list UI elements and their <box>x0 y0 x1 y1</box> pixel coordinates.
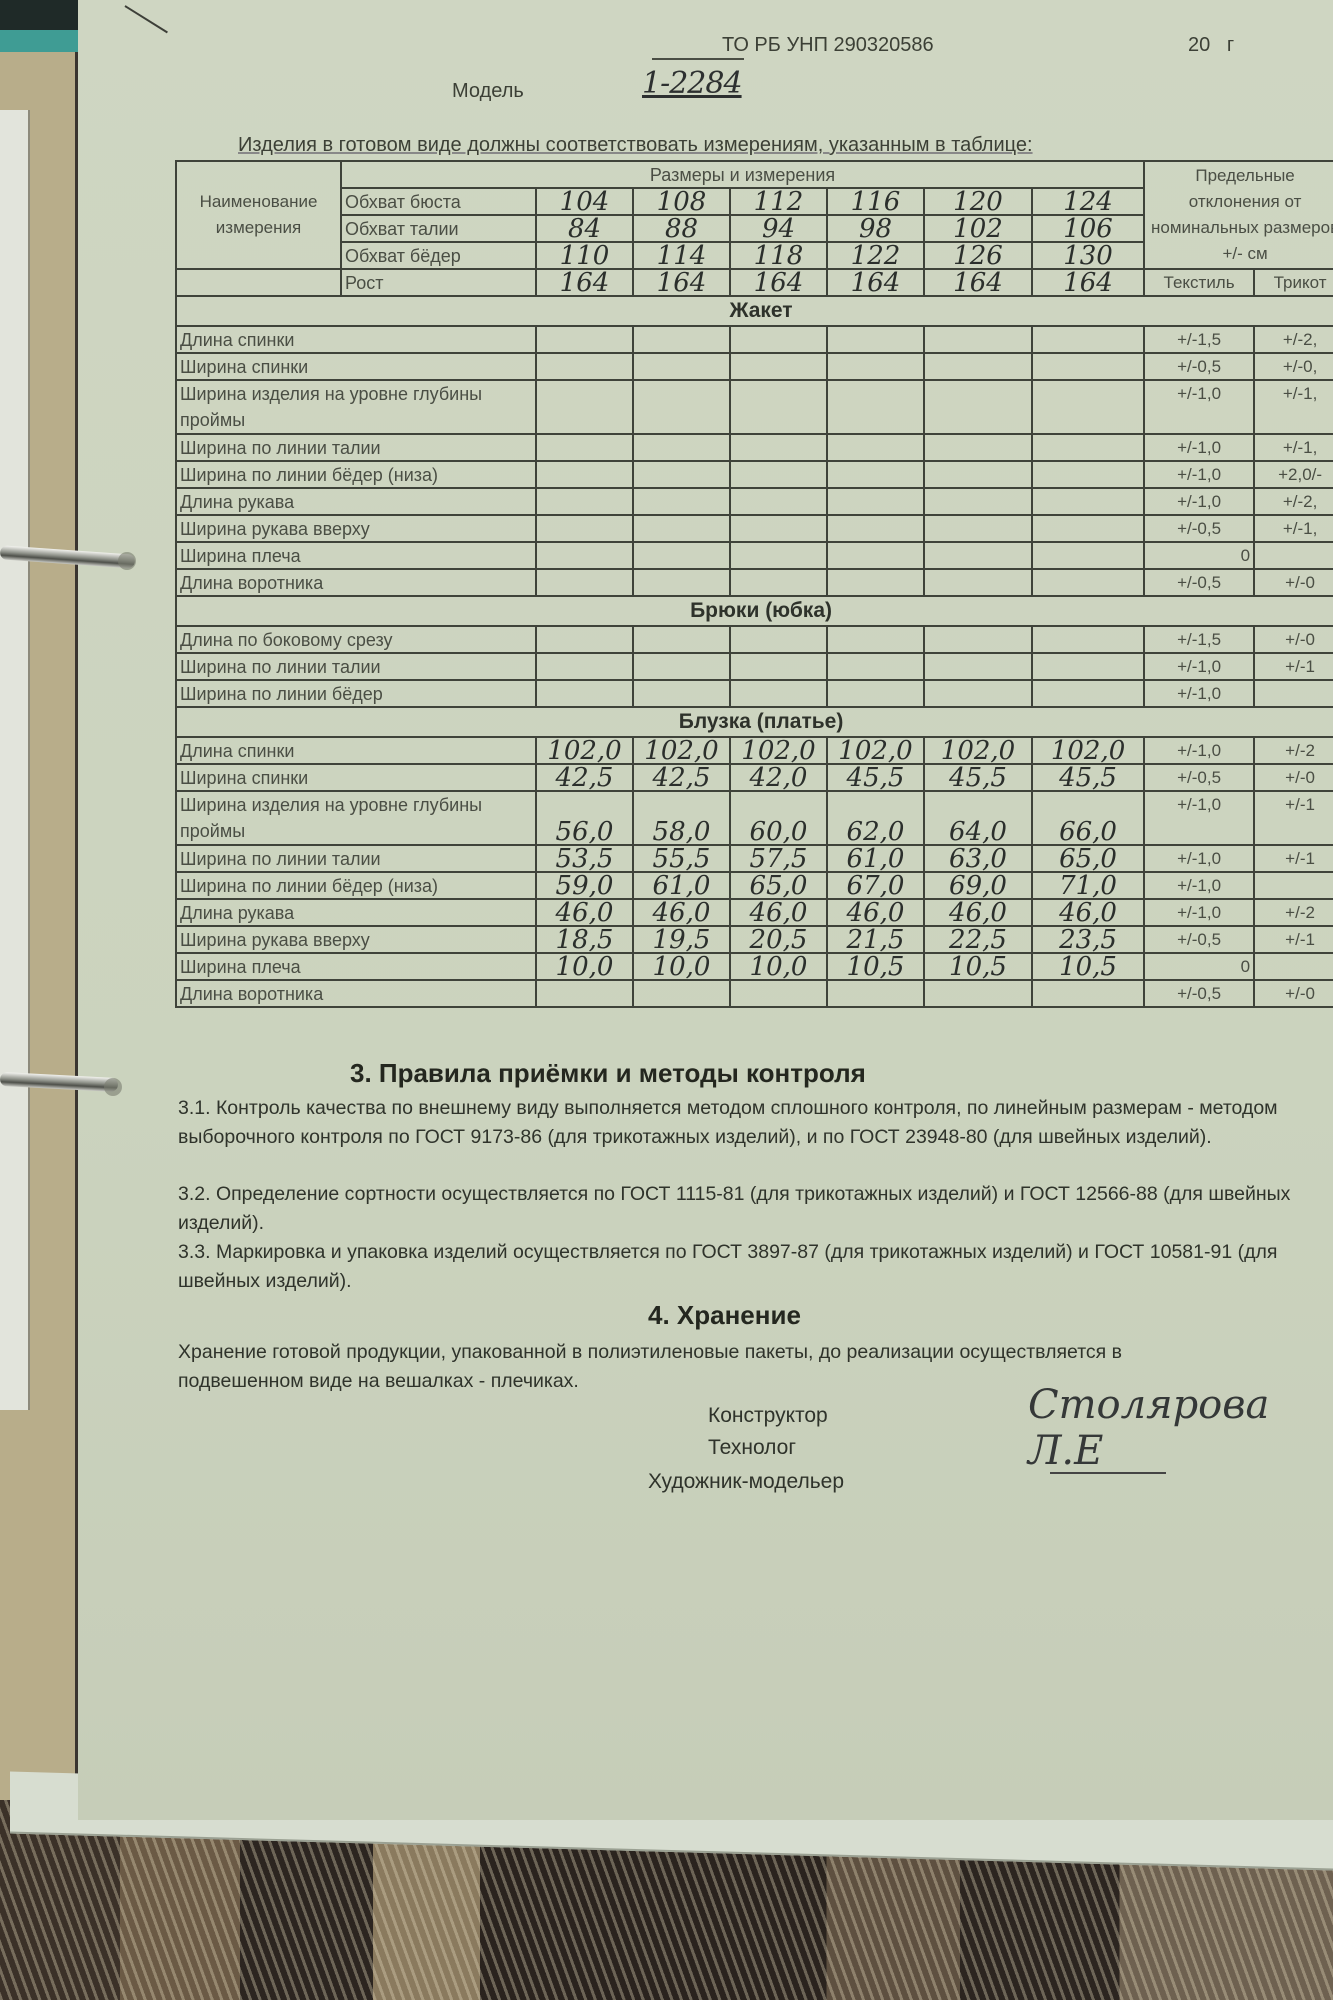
measurement-value <box>827 680 924 707</box>
measurement-value <box>536 461 633 488</box>
knit-tolerance: +/-1 <box>1254 791 1333 845</box>
measurement-value: 46,0 <box>827 899 924 926</box>
measurement-value <box>827 461 924 488</box>
measurement-value <box>1032 434 1144 461</box>
measurement-value <box>1032 461 1144 488</box>
measurement-row: Ширина спинки+/-0,5+/-0, <box>176 353 1333 380</box>
measurement-value <box>730 326 827 353</box>
measurement-value: 53,5 <box>536 845 633 872</box>
textile-tolerance: 0 <box>1144 953 1254 980</box>
size-value: 88 <box>633 215 730 242</box>
measurement-value <box>1032 515 1144 542</box>
size-value: 108 <box>633 188 730 215</box>
measurement-value <box>827 542 924 569</box>
measurement-value <box>1032 542 1144 569</box>
measurement-value: 45,5 <box>924 764 1032 791</box>
measurement-row: Длина воротника+/-0,5+/-0 <box>176 569 1333 596</box>
measurement-value <box>633 380 730 434</box>
measurement-row: Ширина изделия на уровне глубины проймы5… <box>176 791 1333 845</box>
measurement-value <box>633 515 730 542</box>
section3-paragraph-3: 3.3. Маркировка и упаковка изделий осуще… <box>178 1238 1298 1295</box>
measurement-value: 59,0 <box>536 872 633 899</box>
measurement-value <box>633 488 730 515</box>
measurement-row: Длина по боковому срезу+/-1,5+/-0 <box>176 626 1333 653</box>
knit-tolerance: +/-1 <box>1254 845 1333 872</box>
measurement-value <box>633 326 730 353</box>
textile-tolerance: +/-1,0 <box>1144 680 1254 707</box>
measurement-value: 63,0 <box>924 845 1032 872</box>
measurement-value: 60,0 <box>730 791 827 845</box>
size-row-label: Обхват бюста <box>341 188 536 215</box>
name-header: Наименование измерения <box>176 161 341 269</box>
measurement-value: 102,0 <box>730 737 827 764</box>
measurement-label: Ширина плеча <box>176 542 536 569</box>
measurement-value <box>730 569 827 596</box>
background-dark <box>0 0 80 30</box>
size-value: 164 <box>924 269 1032 296</box>
measurement-table: Наименование измеренияРазмеры и измерени… <box>175 160 1333 1008</box>
size-value: 94 <box>730 215 827 242</box>
underlying-sheet <box>0 110 30 1410</box>
size-row-label: Обхват бёдер <box>341 242 536 269</box>
measurement-label: Ширина по линии бёдер (низа) <box>176 872 536 899</box>
textile-tolerance: +/-1,0 <box>1144 791 1254 845</box>
textile-tolerance: +/-1,0 <box>1144 845 1254 872</box>
measurement-value: 58,0 <box>633 791 730 845</box>
measurement-row: Ширина рукава вверху+/-0,5+/-1, <box>176 515 1333 542</box>
knit-tolerance: +/-0 <box>1254 626 1333 653</box>
table-intro: Изделия в готовом виде должны соответств… <box>238 134 1033 157</box>
measurement-row: Длина воротника+/-0,5+/-0 <box>176 980 1333 1007</box>
measurement-value <box>1032 380 1144 434</box>
knit-tolerance: +/-0 <box>1254 569 1333 596</box>
measurement-value: 69,0 <box>924 872 1032 899</box>
measurement-value <box>827 626 924 653</box>
knit-tolerance: +/-1 <box>1254 926 1333 953</box>
measurement-value <box>730 461 827 488</box>
measurement-label: Ширина по линии талии <box>176 653 536 680</box>
measurement-value <box>536 488 633 515</box>
measurement-value <box>730 542 827 569</box>
measurement-value <box>633 626 730 653</box>
measurement-label: Ширина рукава вверху <box>176 926 536 953</box>
section-row: Блузка (платье) <box>176 707 1333 737</box>
measurement-value <box>827 488 924 515</box>
measurement-value: 42,5 <box>633 764 730 791</box>
measurement-value <box>536 326 633 353</box>
measurement-value: 67,0 <box>827 872 924 899</box>
size-value: 124 <box>1032 188 1144 215</box>
measurement-value <box>730 515 827 542</box>
measurement-label: Ширина плеча <box>176 953 536 980</box>
knit-tolerance: +/-1, <box>1254 515 1333 542</box>
size-value: 84 <box>536 215 633 242</box>
knit-tolerance: +/-2 <box>1254 737 1333 764</box>
measurement-value: 65,0 <box>730 872 827 899</box>
knit-tolerance <box>1254 680 1333 707</box>
textile-tolerance: +/-0,5 <box>1144 353 1254 380</box>
measurement-value <box>633 680 730 707</box>
measurement-label: Ширина по линии талии <box>176 845 536 872</box>
measurement-value: 42,5 <box>536 764 633 791</box>
knit-tolerance <box>1254 542 1333 569</box>
measurement-label: Ширина рукава вверху <box>176 515 536 542</box>
measurement-value <box>730 980 827 1007</box>
deviation-header: Предельные отклонения от номинальных раз… <box>1144 161 1333 269</box>
measurement-value <box>827 380 924 434</box>
section-title: Блузка (платье) <box>176 707 1333 737</box>
measurement-value <box>536 542 633 569</box>
measurement-value <box>730 626 827 653</box>
measurement-value <box>1032 569 1144 596</box>
measurement-value: 45,5 <box>1032 764 1144 791</box>
textile-tolerance: +/-1,0 <box>1144 434 1254 461</box>
measurement-value <box>536 980 633 1007</box>
measurement-value <box>1032 488 1144 515</box>
measurement-value <box>1032 626 1144 653</box>
measurement-value: 46,0 <box>536 899 633 926</box>
measurement-row: Ширина плеча10,010,010,010,510,510,50 <box>176 953 1333 980</box>
measurement-value <box>924 680 1032 707</box>
measurement-label: Длина воротника <box>176 569 536 596</box>
measurement-value: 10,0 <box>633 953 730 980</box>
section4-title: 4. Хранение <box>648 1300 801 1331</box>
textile-tolerance: +/-0,5 <box>1144 515 1254 542</box>
measurement-value: 56,0 <box>536 791 633 845</box>
knit-header: Трикот <box>1254 269 1333 296</box>
measurement-value <box>924 353 1032 380</box>
measurement-label: Длина воротника <box>176 980 536 1007</box>
measurement-label: Длина спинки <box>176 326 536 353</box>
measurement-row: Ширина по линии талии53,555,557,561,063,… <box>176 845 1333 872</box>
size-value: 104 <box>536 188 633 215</box>
measurement-value <box>924 515 1032 542</box>
size-row: Рост164164164164164164ТекстильТрикот <box>176 269 1333 296</box>
measurement-value <box>924 542 1032 569</box>
measurement-value <box>633 353 730 380</box>
section3-title: 3. Правила приёмки и методы контроля <box>350 1058 866 1089</box>
measurement-row: Ширина по линии бёдер+/-1,0 <box>176 680 1333 707</box>
measurement-value: 102,0 <box>827 737 924 764</box>
knit-tolerance: +/-1 <box>1254 653 1333 680</box>
measurement-value <box>633 434 730 461</box>
size-value: 164 <box>827 269 924 296</box>
measurement-value <box>536 626 633 653</box>
measurement-value: 102,0 <box>924 737 1032 764</box>
size-value: 116 <box>827 188 924 215</box>
measurement-value <box>827 434 924 461</box>
size-value: 98 <box>827 215 924 242</box>
textile-tolerance: +/-0,5 <box>1144 569 1254 596</box>
measurement-value: 55,5 <box>633 845 730 872</box>
section-row: Брюки (юбка) <box>176 596 1333 626</box>
section-row: Жакет <box>176 296 1333 326</box>
size-value: 102 <box>924 215 1032 242</box>
measurement-value <box>1032 326 1144 353</box>
knit-tolerance: +/-2, <box>1254 488 1333 515</box>
measurement-row: Ширина изделия на уровне глубины проймы+… <box>176 380 1333 434</box>
measurement-value <box>827 569 924 596</box>
size-value: 106 <box>1032 215 1144 242</box>
textile-tolerance: +/-1,5 <box>1144 626 1254 653</box>
size-value: 118 <box>730 242 827 269</box>
table-header-row: Наименование измеренияРазмеры и измерени… <box>176 161 1333 188</box>
year-label: 20 г <box>1188 34 1234 57</box>
knit-tolerance: +/-1, <box>1254 380 1333 434</box>
measurement-value: 46,0 <box>633 899 730 926</box>
measurement-value: 23,5 <box>1032 926 1144 953</box>
role-designer: Художник-модельер <box>648 1470 844 1494</box>
measurement-label: Ширина по линии бёдер (низа) <box>176 461 536 488</box>
measurement-value <box>536 353 633 380</box>
measurement-label: Ширина спинки <box>176 353 536 380</box>
section3-paragraph-2: 3.2. Определение сортности осуществляетс… <box>178 1180 1298 1237</box>
knit-tolerance: +/-2 <box>1254 899 1333 926</box>
measurement-row: Ширина по линии талии+/-1,0+/-1, <box>176 434 1333 461</box>
size-value: 120 <box>924 188 1032 215</box>
measurement-label: Ширина изделия на уровне глубины проймы <box>176 791 536 845</box>
measurement-value: 18,5 <box>536 926 633 953</box>
measurement-row: Ширина плеча0 <box>176 542 1333 569</box>
measurement-value <box>924 461 1032 488</box>
measurement-value <box>827 653 924 680</box>
measurement-value <box>730 488 827 515</box>
measurement-row: Ширина по линии бёдер (низа)59,061,065,0… <box>176 872 1333 899</box>
textile-tolerance: +/-0,5 <box>1144 764 1254 791</box>
measurement-value <box>633 461 730 488</box>
measurement-value <box>536 515 633 542</box>
measurement-value <box>536 434 633 461</box>
measurement-value: 61,0 <box>633 872 730 899</box>
measurement-value: 10,0 <box>536 953 633 980</box>
section3-paragraph-1: 3.1. Контроль качества по внешнему виду … <box>178 1094 1298 1151</box>
measurement-value: 20,5 <box>730 926 827 953</box>
measurement-value: 46,0 <box>924 899 1032 926</box>
measurement-value <box>633 980 730 1007</box>
measurement-value <box>827 515 924 542</box>
measurement-row: Длина рукава+/-1,0+/-2, <box>176 488 1333 515</box>
measurement-value: 64,0 <box>924 791 1032 845</box>
textile-tolerance: +/-1,0 <box>1144 380 1254 434</box>
size-row-label: Обхват талии <box>341 215 536 242</box>
textile-tolerance: 0 <box>1144 542 1254 569</box>
punch-hole <box>118 552 136 570</box>
model-label: Модель <box>452 80 524 103</box>
measurement-row: Ширина по линии талии+/-1,0+/-1 <box>176 653 1333 680</box>
measurement-label: Длина по боковому срезу <box>176 626 536 653</box>
size-value: 164 <box>730 269 827 296</box>
measurement-value <box>1032 980 1144 1007</box>
technologist-signature-line <box>1050 1472 1166 1474</box>
knit-tolerance: +/-0 <box>1254 764 1333 791</box>
measurement-value: 10,5 <box>827 953 924 980</box>
size-value: 126 <box>924 242 1032 269</box>
measurement-value <box>633 569 730 596</box>
measurement-label: Длина рукава <box>176 488 536 515</box>
measurement-value <box>827 326 924 353</box>
measurement-value <box>633 542 730 569</box>
measurement-value <box>827 980 924 1007</box>
measurement-value <box>924 434 1032 461</box>
measurement-row: Длина спинки+/-1,5+/-2, <box>176 326 1333 353</box>
measurement-value <box>1032 653 1144 680</box>
measurement-value: 102,0 <box>633 737 730 764</box>
knit-tolerance: +2,0/- <box>1254 461 1333 488</box>
knit-tolerance <box>1254 953 1333 980</box>
measurement-value: 46,0 <box>730 899 827 926</box>
measurement-value: 102,0 <box>536 737 633 764</box>
measurement-value <box>536 569 633 596</box>
measurement-label: Ширина изделия на уровне глубины проймы <box>176 380 536 434</box>
role-constructor: Конструктор <box>708 1404 828 1428</box>
measurement-row: Ширина рукава вверху18,519,520,521,522,5… <box>176 926 1333 953</box>
measurement-label: Ширина по линии бёдер <box>176 680 536 707</box>
measurement-value <box>730 653 827 680</box>
org-code: ТО РБ УНП 290320586 <box>722 34 934 57</box>
measurement-row: Длина спинки102,0102,0102,0102,0102,0102… <box>176 737 1333 764</box>
measurement-value <box>1032 680 1144 707</box>
size-value: 112 <box>730 188 827 215</box>
measurement-value <box>536 380 633 434</box>
measurement-row: Ширина по линии бёдер (низа)+/-1,0+2,0/- <box>176 461 1333 488</box>
textile-tolerance: +/-1,0 <box>1144 488 1254 515</box>
measurement-value: 10,5 <box>924 953 1032 980</box>
measurement-value <box>730 434 827 461</box>
measurement-value <box>924 569 1032 596</box>
section-title: Жакет <box>176 296 1333 326</box>
textile-tolerance: +/-1,0 <box>1144 653 1254 680</box>
size-value: 164 <box>633 269 730 296</box>
knit-tolerance: +/-2, <box>1254 326 1333 353</box>
measurement-value <box>924 488 1032 515</box>
measurement-value: 22,5 <box>924 926 1032 953</box>
measurement-value: 66,0 <box>1032 791 1144 845</box>
measurement-value: 42,0 <box>730 764 827 791</box>
measurement-value <box>633 653 730 680</box>
measurement-value <box>924 653 1032 680</box>
measurement-value <box>827 353 924 380</box>
textile-tolerance: +/-1,0 <box>1144 461 1254 488</box>
knit-tolerance: +/-0, <box>1254 353 1333 380</box>
measurement-label: Длина спинки <box>176 737 536 764</box>
measurement-value: 10,5 <box>1032 953 1144 980</box>
measurement-value <box>1032 353 1144 380</box>
measurement-label: Ширина спинки <box>176 764 536 791</box>
empty-cell <box>176 269 341 296</box>
size-value: 164 <box>536 269 633 296</box>
textile-tolerance: +/-0,5 <box>1144 980 1254 1007</box>
textile-tolerance: +/-1,0 <box>1144 872 1254 899</box>
measurement-value: 57,5 <box>730 845 827 872</box>
measurement-value <box>924 380 1032 434</box>
measurement-value <box>730 380 827 434</box>
measurement-value <box>536 680 633 707</box>
sizes-header: Размеры и измерения <box>341 161 1144 188</box>
knit-tolerance: +/-0 <box>1254 980 1333 1007</box>
knit-tolerance: +/-1, <box>1254 434 1333 461</box>
background-teal-strip <box>0 30 80 52</box>
size-row-label: Рост <box>341 269 536 296</box>
section-title: Брюки (юбка) <box>176 596 1333 626</box>
size-value: 130 <box>1032 242 1144 269</box>
role-technologist: Технолог <box>708 1436 796 1460</box>
knit-tolerance <box>1254 872 1333 899</box>
measurement-value: 65,0 <box>1032 845 1144 872</box>
measurement-value <box>536 653 633 680</box>
measurement-value: 45,5 <box>827 764 924 791</box>
measurement-value <box>924 326 1032 353</box>
measurement-value: 62,0 <box>827 791 924 845</box>
textile-header: Текстиль <box>1144 269 1254 296</box>
textile-tolerance: +/-0,5 <box>1144 926 1254 953</box>
measurement-value <box>924 980 1032 1007</box>
model-top-line <box>652 58 744 60</box>
size-value: 114 <box>633 242 730 269</box>
size-value: 122 <box>827 242 924 269</box>
measurement-value: 19,5 <box>633 926 730 953</box>
textile-tolerance: +/-1,0 <box>1144 899 1254 926</box>
measurement-value: 102,0 <box>1032 737 1144 764</box>
measurement-value: 71,0 <box>1032 872 1144 899</box>
measurement-label: Длина рукава <box>176 899 536 926</box>
measurement-value: 61,0 <box>827 845 924 872</box>
size-value: 110 <box>536 242 633 269</box>
measurement-value: 10,0 <box>730 953 827 980</box>
measurement-label: Ширина по линии талии <box>176 434 536 461</box>
measurement-value <box>730 353 827 380</box>
measurement-value <box>730 680 827 707</box>
measurement-row: Ширина спинки42,542,542,045,545,545,5+/-… <box>176 764 1333 791</box>
textile-tolerance: +/-1,0 <box>1144 737 1254 764</box>
textile-tolerance: +/-1,5 <box>1144 326 1254 353</box>
measurement-row: Длина рукава46,046,046,046,046,046,0+/-1… <box>176 899 1333 926</box>
measurement-value: 46,0 <box>1032 899 1144 926</box>
measurement-value <box>924 626 1032 653</box>
model-value: 1-2284 <box>642 66 742 101</box>
size-value: 164 <box>1032 269 1144 296</box>
constructor-signature: Столярова Л.Е <box>1028 1382 1333 1474</box>
measurement-value: 21,5 <box>827 926 924 953</box>
punch-hole <box>104 1078 122 1096</box>
